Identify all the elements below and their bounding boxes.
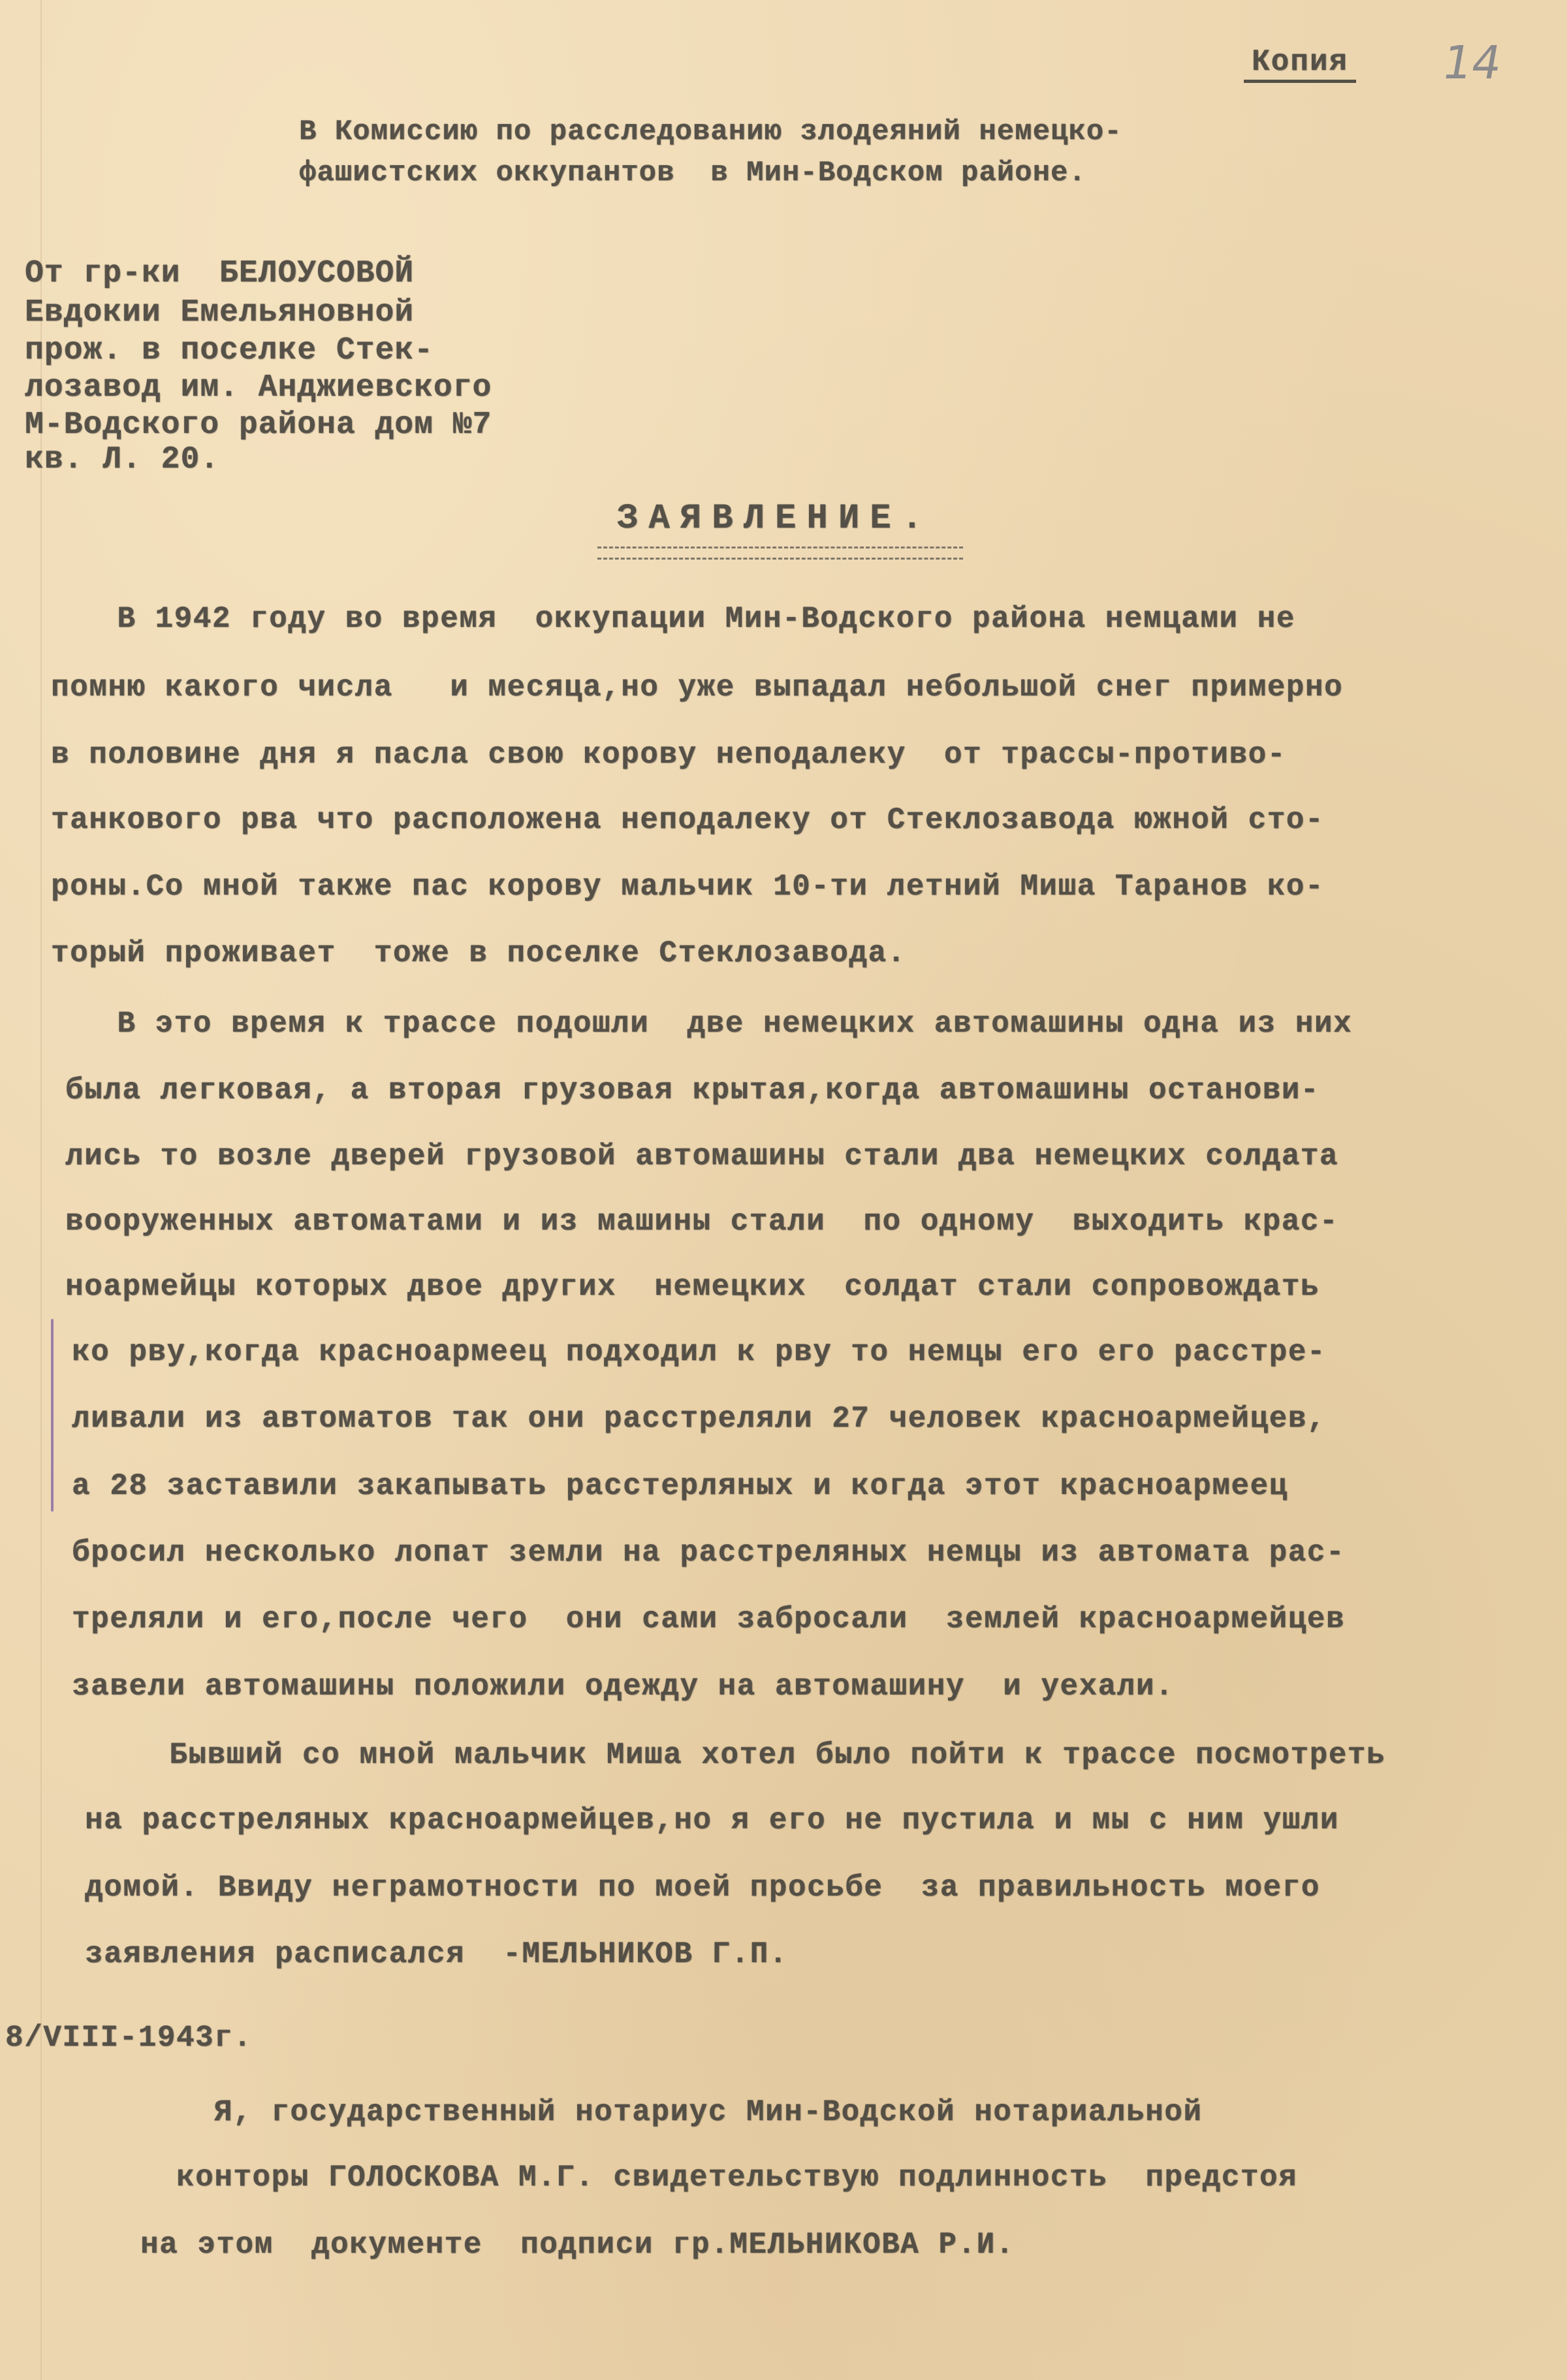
statement-line: заявления расписался -МЕЛЬНИКОВ Г.П. [85,1939,788,1969]
statement-line: была легковая, а вторая грузовая крытая,… [65,1075,1320,1105]
statement-line: торый проживает тоже в поселке Стеклозав… [51,938,906,968]
handwritten-page-number: 14 [1438,36,1506,89]
notary-line: на этом документе подписи гр.МЕЛЬНИКОВА … [140,2230,1015,2260]
statement-line: завели автомашины положили одежду на авт… [72,1672,1174,1702]
document-title: ЗАЯВЛЕНИЕ. [617,501,933,537]
title-underline [597,547,963,560]
addressee-line: В Комиссию по расследованию злодеяний не… [299,118,1122,146]
copy-stamp: Копия [1244,47,1356,83]
statement-line: роны.Со мной также пас корову мальчик 10… [51,872,1324,902]
statement-line: В это время к трассе подошли две немецки… [60,1009,1352,1039]
statement-line: ноармейцы которых двое других немецких с… [65,1272,1320,1302]
statement-line: а 28 заставили закапывать расстерляных и… [72,1471,1288,1501]
statement-line: домой. Ввиду неграмотности по моей прось… [85,1873,1320,1903]
statement-line: помню какого числа и месяца,но уже выпад… [51,673,1343,703]
sender-line: лозавод им. Анджиевского [25,372,492,404]
sender-line: Евдокии Емельяновной [25,297,414,328]
margin-pencil-mark [51,1319,54,1512]
sender-line: кв. Л. 20. [25,444,219,475]
statement-line: в половине дня я пасла свою корову непод… [51,740,1286,770]
statement-line: треляли и его,после чего они сами заброс… [72,1604,1345,1634]
statement-line: вооруженных автоматами и из машины стали… [65,1207,1338,1237]
sender-line: М-Водского района дом №7 [25,409,492,441]
statement-line: ко рву,когда красноармеец подходил к рву… [72,1337,1326,1367]
statement-line: танкового рва что расположена неподалеку… [51,805,1324,835]
document-date: 8/VIII-1943г. [5,2023,252,2053]
addressee-line: фашистских оккупантов в Мин-Водском райо… [299,159,1086,187]
statement-line: Бывший со мной мальчик Миша хотел было п… [112,1740,1385,1770]
statement-line: бросил несколько лопат земли на расстрел… [72,1538,1345,1568]
sender-line: От гр-ки БЕЛОУСОВОЙ [25,258,414,289]
statement-line: на расстреляных красноармейцев,но я его … [85,1805,1339,1835]
statement-line: ливали из автоматов так они расстреляли … [72,1404,1326,1434]
notary-line: конторы ГОЛОСКОВА М.Г. свидетельствую по… [176,2163,1297,2193]
statement-line: лись то возле дверей грузовой автомашины… [65,1141,1338,1171]
sender-line: прож. в поселке Стек- [25,335,434,366]
statement-line: В 1942 году во время оккупации Мин-Водск… [60,604,1295,634]
notary-line: Я, государственный нотариус Мин-Водской … [214,2097,1202,2127]
